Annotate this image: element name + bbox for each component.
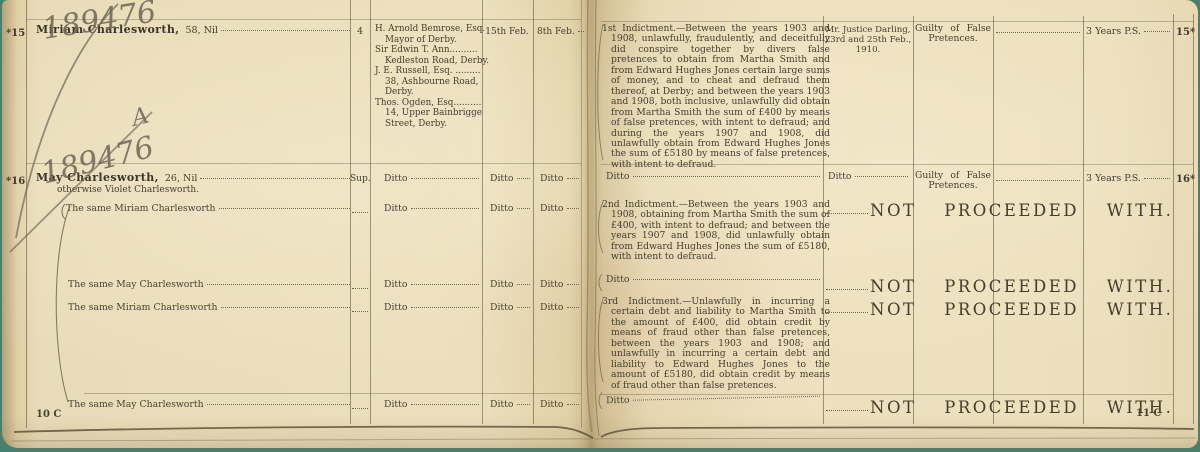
- column-rule: [350, 0, 351, 424]
- dotted-leader: [200, 178, 350, 179]
- prisoner-name: Miriam Charlesworth,: [36, 23, 179, 36]
- dotted-leader: [517, 208, 531, 209]
- dotted-leader: [567, 284, 580, 285]
- margin-number: *15: [6, 28, 25, 39]
- margin-number: 16*: [1176, 174, 1195, 185]
- result-not-proceeded: NOT PROCEEDED WITH.: [870, 300, 1173, 319]
- sentence-text: 3 Years P.S.: [1086, 173, 1141, 184]
- dotted-leader: [411, 284, 480, 285]
- indictment-text: 1st Indictment.—Between the years 1903 a…: [602, 24, 830, 170]
- ditto-cell: Ditto: [540, 173, 579, 184]
- ditto-text: Ditto: [540, 203, 564, 214]
- ditto-text: Ditto: [828, 171, 852, 182]
- magistrate-line: Thos. Ogden, Esq..........: [375, 98, 481, 109]
- column-rule: [1193, 14, 1194, 424]
- dotted-leader: [1144, 178, 1170, 179]
- column-rule: [533, 0, 534, 424]
- ditto-cell: Ditto: [384, 399, 479, 410]
- same-prisoner-row: The same May Charlesworth: [68, 279, 350, 290]
- same-prisoner-label: The same Miriam Charlesworth: [66, 203, 216, 214]
- prisoner-details: 58, Nil: [185, 25, 218, 36]
- result-not-proceeded: NOT PROCEEDED WITH.: [870, 201, 1173, 220]
- judge-cell: Mr. Justice Darling, 23rd and 25th Feb.,…: [824, 25, 912, 56]
- dotted-leader: [352, 211, 368, 213]
- ditto-text: Ditto: [540, 399, 564, 410]
- column-rule: [993, 16, 994, 424]
- row-rule: [601, 21, 1193, 22]
- ditto-text: Ditto: [490, 173, 514, 184]
- committing-magistrates: H. Arnold Bemrose, Esq. Mayor of Derby. …: [375, 24, 481, 129]
- dotted-leader: [352, 310, 368, 312]
- ditto-text: Ditto: [384, 399, 408, 410]
- dotted-leader: [826, 288, 868, 290]
- ledger-page-spread: [2, 0, 1198, 448]
- ditto-text: Ditto: [606, 274, 630, 285]
- row-rule: [26, 163, 581, 164]
- magistrate-line: Mayor of Derby.: [375, 35, 481, 46]
- ditto-cell: Ditto: [490, 302, 530, 313]
- sentence-cell: 3 Years P.S.: [1086, 173, 1170, 184]
- row-rule: [84, 393, 581, 394]
- ditto-text: Ditto: [606, 171, 630, 182]
- prisoner-name-row: May Charlesworth, 26, Nil: [36, 171, 350, 184]
- dotted-leader: [221, 307, 350, 308]
- ditto-text: Ditto: [384, 279, 408, 290]
- verdict-cell: Guilty of False Pretences.: [915, 171, 991, 192]
- same-prisoner-row: The same Miriam Charlesworth: [66, 203, 350, 214]
- ditto-text: Ditto: [540, 302, 564, 313]
- row-rule: [26, 19, 581, 20]
- date-received: 8th Feb.: [537, 27, 575, 37]
- ditto-text: Ditto: [490, 203, 514, 214]
- ditto-cell: Ditto: [384, 279, 479, 290]
- dotted-leader: [411, 208, 480, 209]
- dotted-leader: [826, 409, 868, 411]
- dotted-leader: [221, 30, 350, 31]
- ditto-text: Ditto: [490, 399, 514, 410]
- ditto-text: Ditto: [384, 203, 408, 214]
- ditto-text: Ditto: [490, 279, 514, 290]
- magistrate-line: 38, Ashbourne Road,: [375, 77, 481, 88]
- column-rule: [913, 16, 914, 424]
- dotted-leader: [411, 178, 480, 179]
- dotted-leader: [411, 307, 480, 308]
- dotted-leader: [207, 284, 350, 285]
- ledger-photo: *15 Miriam Charlesworth, 58, Nil 4 H. Ar…: [0, 0, 1200, 452]
- dotted-leader: [411, 404, 480, 405]
- ditto-cell: Ditto: [490, 399, 530, 410]
- column-rule: [370, 0, 371, 424]
- dotted-leader: [517, 307, 531, 308]
- magistrate-line: Kedleston Road, Derby.: [375, 56, 481, 67]
- ditto-cell: Ditto: [490, 203, 530, 214]
- magistrate-line: Sir Edwin T. Ann..........: [375, 45, 481, 56]
- dotted-leader: [207, 404, 350, 405]
- dotted-leader: [633, 279, 821, 280]
- dotted-leader: [1144, 31, 1170, 32]
- sentence-text: 3 Years P.S.: [1086, 26, 1141, 37]
- same-prisoner-label: The same May Charlesworth: [68, 279, 204, 290]
- dotted-leader: [567, 307, 580, 308]
- same-prisoner-label: The same May Charlesworth: [68, 399, 204, 410]
- column-rule: [26, 0, 27, 428]
- dotted-leader: [517, 284, 531, 285]
- margin-number: *16: [6, 176, 25, 187]
- bottom-shadow: [2, 414, 1198, 448]
- committal-number: 4: [352, 26, 368, 37]
- committal-number: Sup.: [350, 174, 370, 184]
- magistrate-line: H. Arnold Bemrose, Esq.: [375, 24, 481, 35]
- magistrate-line: Street, Derby.: [375, 119, 481, 130]
- magistrate-line: Derby.: [375, 87, 481, 98]
- dotted-leader: [219, 208, 350, 209]
- ditto-text: Ditto: [540, 173, 564, 184]
- ditto-cell: Ditto: [490, 173, 530, 184]
- ditto-text: Ditto: [490, 302, 514, 313]
- ditto-text: Ditto: [606, 395, 630, 406]
- ditto-text: Ditto: [540, 279, 564, 290]
- dotted-leader: [855, 176, 909, 177]
- page-edge-rule: [581, 0, 582, 428]
- sentence-cell: 3 Years P.S.: [1086, 26, 1170, 37]
- ditto-cell: Ditto: [384, 302, 479, 313]
- prisoner-name-row: Miriam Charlesworth, 58, Nil: [36, 23, 350, 36]
- dotted-leader: [567, 178, 580, 179]
- dotted-leader: [578, 31, 584, 32]
- same-prisoner-row: The same Miriam Charlesworth: [68, 302, 350, 313]
- ditto-text: Ditto: [384, 173, 408, 184]
- prisoner-alias: otherwise Violet Charlesworth.: [57, 185, 199, 195]
- date-tried-cell: 15th Feb.: [482, 27, 532, 37]
- margin-number: 15*: [1176, 27, 1195, 38]
- magistrate-line: J. E. Russell, Esq. .........: [375, 66, 481, 77]
- ditto-text: Ditto: [384, 302, 408, 313]
- indictment-text: 2nd Indictment.—Between the years 1903 a…: [602, 200, 830, 263]
- dotted-leader: [633, 176, 821, 177]
- ditto-cell: Ditto: [540, 302, 579, 313]
- dotted-leader: [352, 407, 368, 409]
- dotted-leader: [517, 404, 531, 405]
- ditto-cell: Ditto: [828, 171, 908, 182]
- ditto-cell: Ditto: [490, 279, 530, 290]
- ditto-cell: Ditto: [384, 203, 479, 214]
- verdict-cell: Guilty of False Pretences.: [915, 24, 991, 45]
- magistrate-line: 14, Upper Bainbrigge: [375, 108, 481, 119]
- ditto-cell: Ditto: [606, 274, 820, 285]
- ditto-cell: Ditto: [606, 171, 820, 182]
- same-prisoner-row: The same May Charlesworth: [68, 399, 350, 410]
- ditto-cell: Ditto: [540, 279, 579, 290]
- dotted-leader: [567, 404, 580, 405]
- dotted-leader: [826, 212, 868, 214]
- prisoner-details: 26, Nil: [165, 173, 198, 184]
- result-not-proceeded: NOT PROCEEDED WITH.: [870, 277, 1173, 296]
- same-prisoner-label: The same Miriam Charlesworth: [68, 302, 218, 313]
- prisoner-name: May Charlesworth,: [36, 171, 159, 184]
- ditto-cell: Ditto: [384, 173, 479, 184]
- dotted-leader: [826, 311, 868, 313]
- ditto-cell: Ditto: [540, 203, 579, 214]
- dotted-leader: [633, 396, 820, 401]
- dotted-leader: [517, 178, 531, 179]
- date-received-cell: 8th Feb.: [537, 27, 579, 37]
- dotted-leader: [996, 179, 1080, 181]
- ditto-cell: Ditto: [540, 399, 579, 410]
- torn-left-edge: [2, 0, 17, 448]
- column-rule: [1083, 16, 1084, 424]
- dotted-leader: [352, 287, 368, 289]
- indictment-text: 3rd Indictment.—Unlawfully in incurring …: [602, 297, 830, 391]
- dotted-leader: [567, 208, 580, 209]
- dotted-leader: [996, 31, 1080, 33]
